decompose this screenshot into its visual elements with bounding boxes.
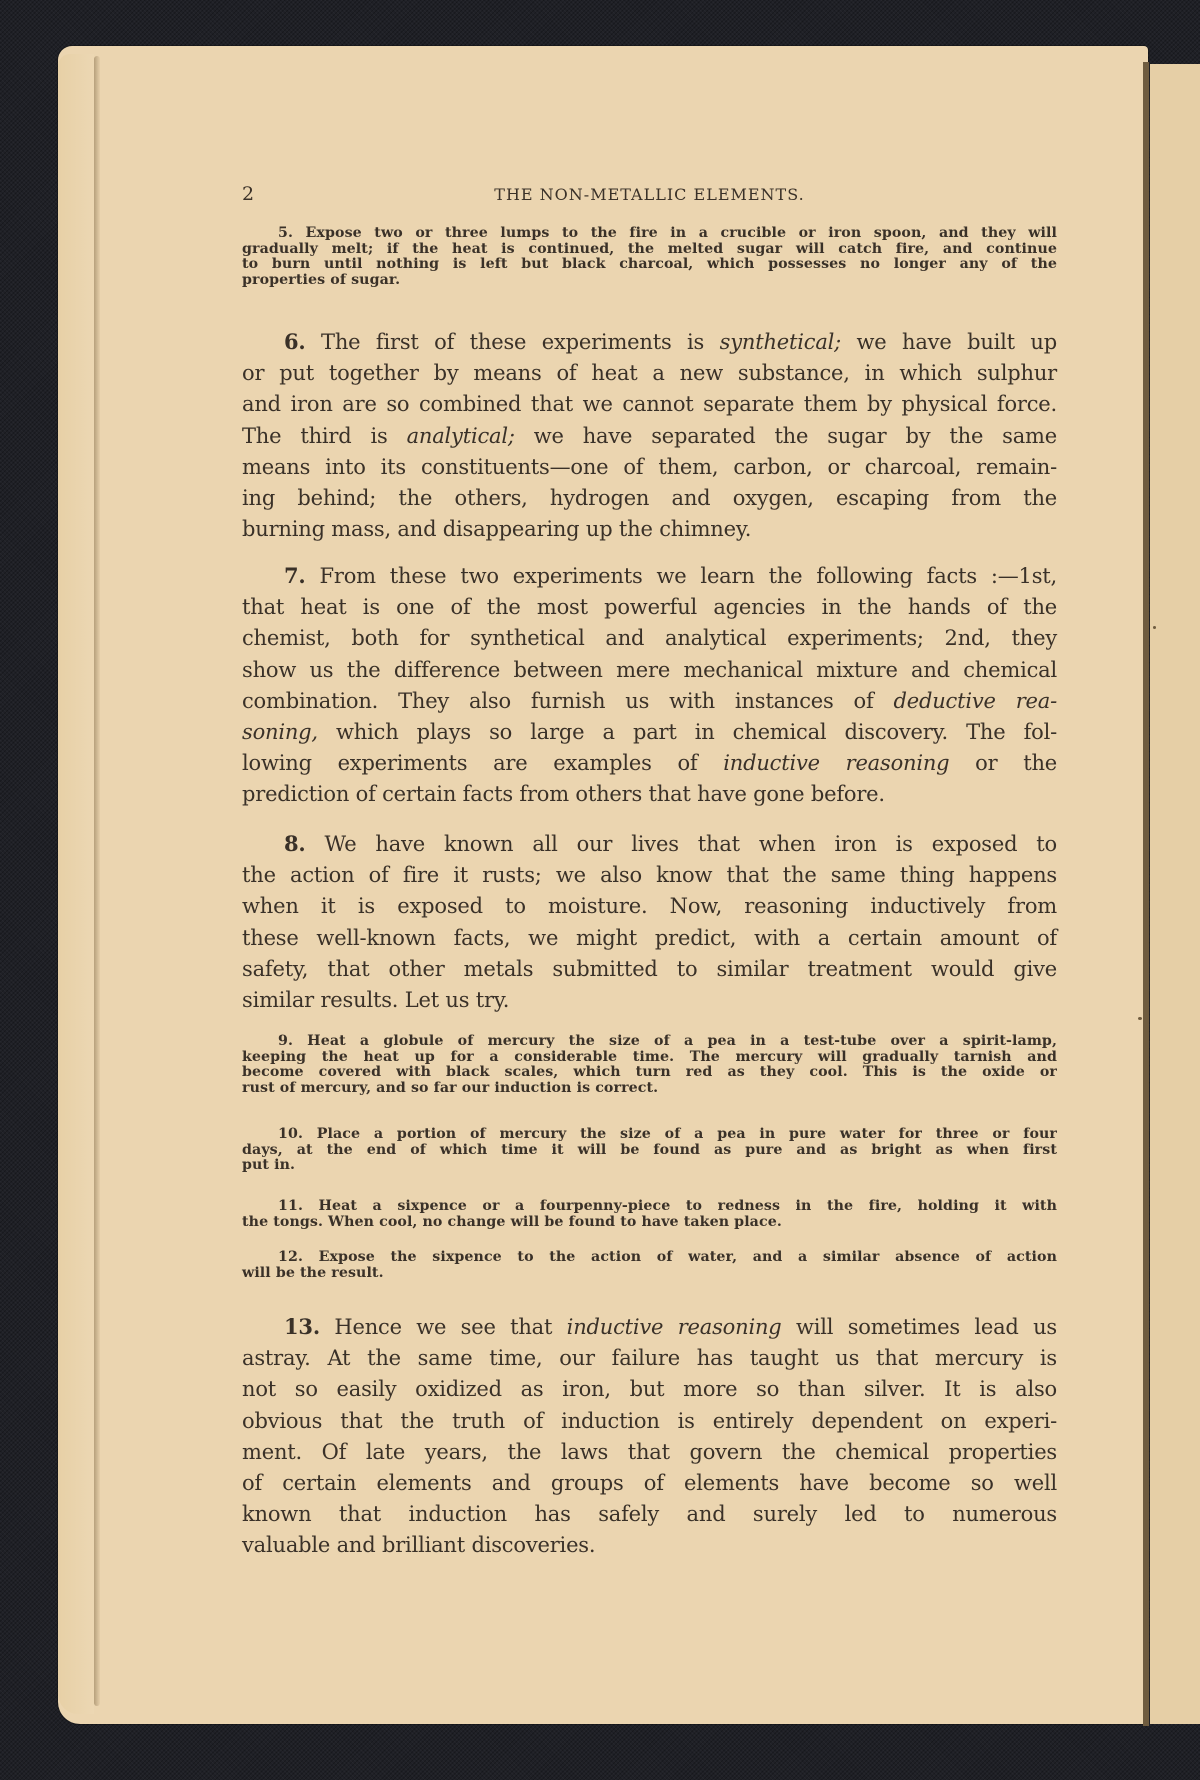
text-line: combination. They also furnish us with i… [242,686,1057,717]
page-fold-shadow [94,56,100,1706]
text-line: lowing experiments are examples of induc… [242,748,1057,779]
paragraph-12: 12. Expose the sixpence to the action of… [242,1250,1057,1281]
paragraph-7: 7. From these two experiments we learn t… [242,560,1057,811]
text-line: chemist, both for synthetical and analyt… [242,623,1057,654]
text-line: and iron are so combined that we cannot … [242,389,1057,420]
text-line: 10. Place a portion of mercury the size … [242,1127,1057,1143]
paragraph-9: 9. Heat a globule of mercury the size of… [242,1034,1057,1096]
text-line: astray. At the same time, our failure ha… [242,1343,1057,1374]
text-line: keeping the heat up for a considerable t… [242,1050,1057,1066]
text-line: ing behind; the others, hydrogen and oxy… [242,483,1057,514]
book-gutter [1143,62,1149,1726]
text-line: not so easily oxidized as iron, but more… [242,1374,1057,1405]
text-line: 8. We have known all our lives that when… [242,828,1057,860]
text-line: prediction of certain facts from others … [242,779,1057,810]
paper-speck [1138,1017,1142,1020]
text-line: the action of fire it rusts; we also kno… [242,860,1057,891]
text-line: properties of sugar. [242,273,1057,289]
paragraph-8: 8. We have known all our lives that when… [242,828,1057,1016]
text-line: of certain elements and groups of elemen… [242,1468,1057,1499]
text-line: 6. The first of these experiments is syn… [242,326,1057,358]
text-line: or put together by means of heat a new s… [242,358,1057,389]
text-line: these well-known facts, we might predict… [242,923,1057,954]
text-line: 13. Hence we see that inductive reasonin… [242,1311,1057,1343]
text-line: rust of mercury, and so far our inductio… [242,1081,1057,1097]
paragraph-5: 5. Expose two or three lumps to the fire… [242,226,1057,288]
text-line: obvious that the truth of induction is e… [242,1406,1057,1437]
text-line: safety, that other metals submitted to s… [242,954,1057,985]
text-line: the tongs. When cool, no change will be … [242,1215,1057,1231]
paragraph-11: 11. Heat a sixpence or a fourpenny-piece… [242,1199,1057,1230]
text-line: become covered with black scales, which … [242,1065,1057,1081]
text-line: will be the result. [242,1266,1057,1282]
running-head-title: THE NON-METALLIC ELEMENTS. [242,185,1057,204]
text-line: burning mass, and disappearing up the ch… [242,514,1057,545]
text-line: days, at the end of which time it will b… [242,1143,1057,1159]
text-line: 12. Expose the sixpence to the action of… [242,1250,1057,1266]
text-line: means into its constituents—one of them,… [242,452,1057,483]
text-line: known that induction has safely and sure… [242,1499,1057,1530]
page-edge [58,54,94,1714]
text-line: similar results. Let us try. [242,985,1057,1016]
paper-speck [1153,626,1156,629]
paragraph-6: 6. The first of these experiments is syn… [242,326,1057,545]
text-line: valuable and brilliant discoveries. [242,1530,1057,1561]
text-line: The third is analytical; we have separat… [242,421,1057,452]
text-line: ment. Of late years, the laws that gover… [242,1437,1057,1468]
running-head: 2 THE NON-METALLIC ELEMENTS. [242,183,1057,207]
text-line: 5. Expose two or three lumps to the fire… [242,226,1057,242]
text-line: gradually melt; if the heat is continued… [242,242,1057,258]
text-line: 7. From these two experiments we learn t… [242,560,1057,592]
text-line: 9. Heat a globule of mercury the size of… [242,1034,1057,1050]
text-line: show us the difference between mere mech… [242,655,1057,686]
paragraph-13: 13. Hence we see that inductive reasonin… [242,1311,1057,1562]
text-line: 11. Heat a sixpence or a fourpenny-piece… [242,1199,1057,1215]
text-line: soning, which plays so large a part in c… [242,717,1057,748]
text-line: when it is exposed to moisture. Now, rea… [242,891,1057,922]
facing-page-edge [1150,64,1200,1724]
text-line: put in. [242,1158,1057,1174]
text-line: that heat is one of the most powerful ag… [242,592,1057,623]
paragraph-10: 10. Place a portion of mercury the size … [242,1127,1057,1174]
text-line: to burn until nothing is left but black … [242,257,1057,273]
